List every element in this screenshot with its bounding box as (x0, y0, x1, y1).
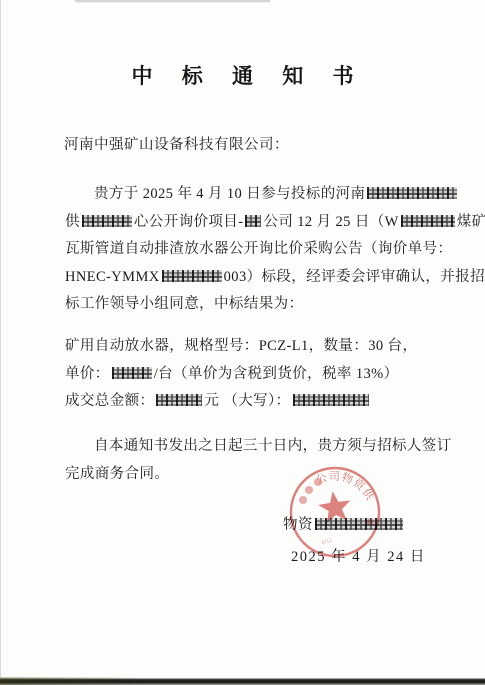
redacted-text-block (293, 394, 369, 406)
text-segment: 完成商务合同。 (65, 466, 169, 482)
scan-artifact-bottom-edge (0, 677, 485, 685)
body-paragraph-bid-info: 贵方于 2025 年 4 月 10 日参与投标的河南供心公开询价项目-公司 12… (65, 181, 427, 319)
addressee-company: 河南中强矿山设备科技有限公司： (64, 133, 289, 154)
text-segment: 贵方于 2025 年 4 月 10 日参与投标的河南 (94, 186, 365, 202)
text-segment: HNEC-YMMX (65, 269, 160, 285)
redacted-text-block (162, 270, 222, 282)
seal-star-icon (317, 489, 353, 524)
text-segment: /台（单价为含税到货价，税率 13%） (154, 366, 399, 382)
text-line: 瓦斯管道自动排渣放水器公开询比价采购公告（询价单号： (65, 236, 427, 264)
seal-number-fragment: 4112 (321, 538, 333, 546)
text-segment: 自本通知书发出之日起三十日内，贵方须与招标人签订 (94, 438, 452, 454)
seal-arc-text: 公司物资供 (315, 470, 378, 504)
text-segment: 元 （大写）： (204, 393, 290, 409)
official-red-seal: 公司物资供 4112 (287, 464, 383, 560)
text-segment: 瓦斯管道自动排渣放水器公开询比价采购公告（询价单号： (65, 241, 452, 257)
text-line: 标工作领导小组同意，中标结果为： (65, 291, 427, 319)
scan-artifact-top (75, 0, 270, 2)
text-line: 自本通知书发出之日起三十日内，贵方须与招标人签订 (65, 433, 427, 461)
bid-result-details: 矿用自动放水器，规格型号：PCZ-L1，数量：30 台，单价：/台（单价为含税到… (65, 333, 427, 416)
text-line: HNEC-YMMX003）标段，经评委会评审确认，并报招 (65, 264, 427, 292)
redacted-text-block (156, 394, 202, 406)
text-segment: 成交总金额： (65, 393, 154, 409)
text-segment: 煤矿 (457, 214, 485, 230)
text-line: 矿用自动放水器，规格型号：PCZ-L1，数量：30 台， (65, 333, 427, 361)
text-segment: 公司 12 月 25 日（W (263, 214, 398, 230)
scan-artifact-left-edge (0, 0, 1, 685)
text-line: 贵方于 2025 年 4 月 10 日参与投标的河南 (65, 181, 427, 209)
text-segment: 标工作领导小组同意，中标结果为： (65, 296, 303, 312)
redacted-text-block (245, 215, 261, 227)
text-segment: 供 (65, 214, 80, 230)
document-title: 中 标 通 知 书 (0, 60, 485, 90)
text-segment: 心公开询价项目- (134, 214, 244, 230)
text-line: 供心公开询价项目-公司 12 月 25 日（W煤矿 (65, 209, 427, 237)
redacted-text-block (112, 367, 152, 379)
text-segment: 003）标段，经评委会评审确认，并报招 (224, 269, 485, 285)
scanned-document-page: 中 标 通 知 书 河南中强矿山设备科技有限公司： 贵方于 2025 年 4 月… (0, 0, 485, 685)
redacted-text-block (367, 187, 457, 199)
text-segment: 矿用自动放水器，规格型号：PCZ-L1，数量：30 台， (65, 338, 417, 354)
text-line: 单价：/台（单价为含税到货价，税率 13%） (65, 361, 427, 389)
text-segment: 单价： (65, 366, 110, 382)
redacted-text-block (401, 215, 455, 227)
redacted-text-block (82, 215, 132, 227)
text-line: 成交总金额：元 （大写）： (65, 388, 427, 416)
